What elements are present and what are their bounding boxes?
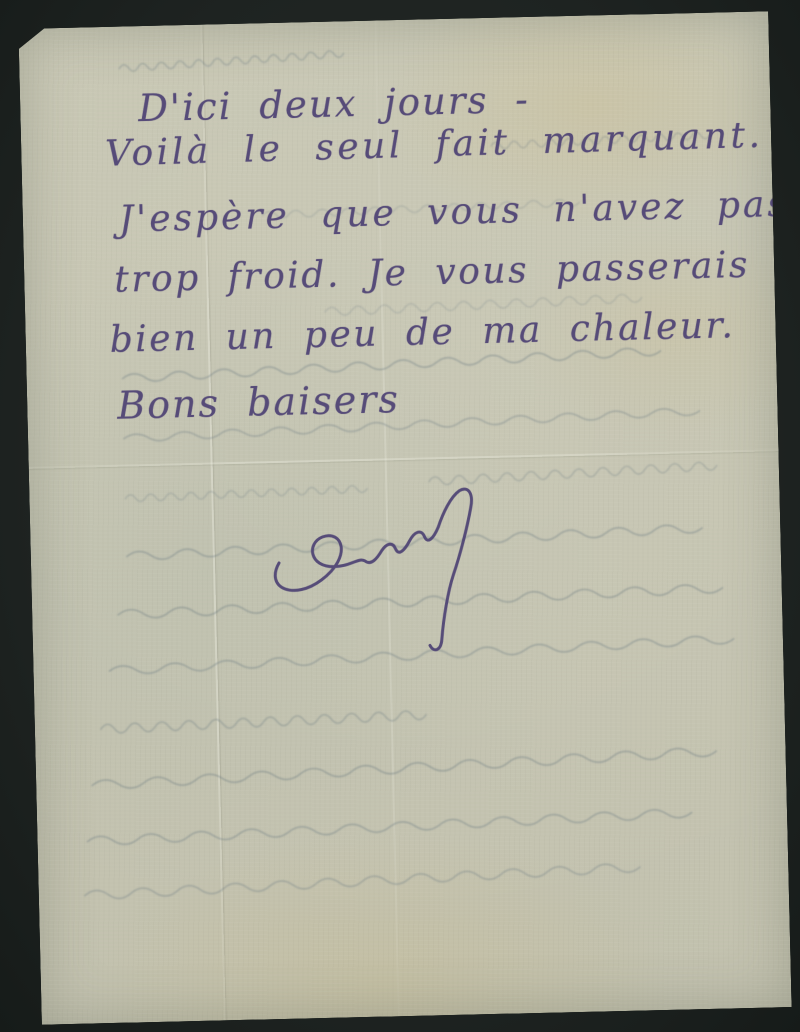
letter-line: D'ici deux jours - <box>138 81 530 127</box>
ghost-text-line <box>125 485 367 502</box>
ghost-text-line <box>429 461 717 485</box>
ghost-text-line <box>118 583 723 619</box>
ghost-text-line <box>85 862 641 900</box>
ghost-text-line <box>92 746 717 790</box>
signature-flourish <box>273 489 475 654</box>
ghost-text-line <box>87 808 692 846</box>
ghost-text-line <box>119 50 344 72</box>
letter-line: Bons baisers <box>117 380 400 425</box>
ghost-text-line <box>101 710 427 734</box>
ghost-text-line <box>109 634 734 675</box>
photo-background: D'ici deux jours - Voilà le seul fait ma… <box>0 0 800 1032</box>
letter-paper: D'ici deux jours - Voilà le seul fait ma… <box>18 11 791 1024</box>
ghost-text-line <box>127 524 703 561</box>
